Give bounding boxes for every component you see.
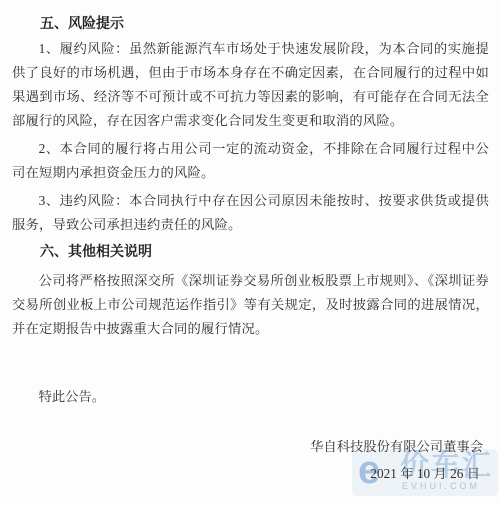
risk-paragraph-1: 1、履约风险：虽然新能源汽车市场处于快速发展阶段，为本合同的实施提供了良好的市场… (12, 37, 489, 133)
risk-paragraph-3: 3、违约风险：本合同执行中存在因公司原因未能按时、按要求供货或提供服务，导致公司… (12, 189, 489, 237)
risk-paragraph-2: 2、本合同的履行将占用公司一定的流动资金，不排除在合同履行过程中公司在短期内承担… (12, 137, 489, 185)
closing-statement: 特此公告。 (12, 385, 489, 409)
document-body: 五、风险提示 1、履约风险：虽然新能源汽车市场处于快速发展阶段，为本合同的实施提… (0, 0, 500, 486)
section-heading-other: 六、其他相关说明 (12, 241, 489, 265)
section-heading-risk: 五、风险提示 (12, 13, 489, 37)
announcement-page: e 价车汇 EVHUI.COM 五、风险提示 1、履约风险：虽然新能源汽车市场处… (0, 0, 500, 505)
signature-company: 华自科技股份有限公司董事会 (12, 435, 489, 459)
other-paragraph-1: 公司将严格按照深交所《深圳证券交易所创业板股票上市规则》、《深圳证券交易所创业板… (12, 269, 489, 341)
signature-date: 2021 年 10 月 26 日 (12, 462, 489, 486)
